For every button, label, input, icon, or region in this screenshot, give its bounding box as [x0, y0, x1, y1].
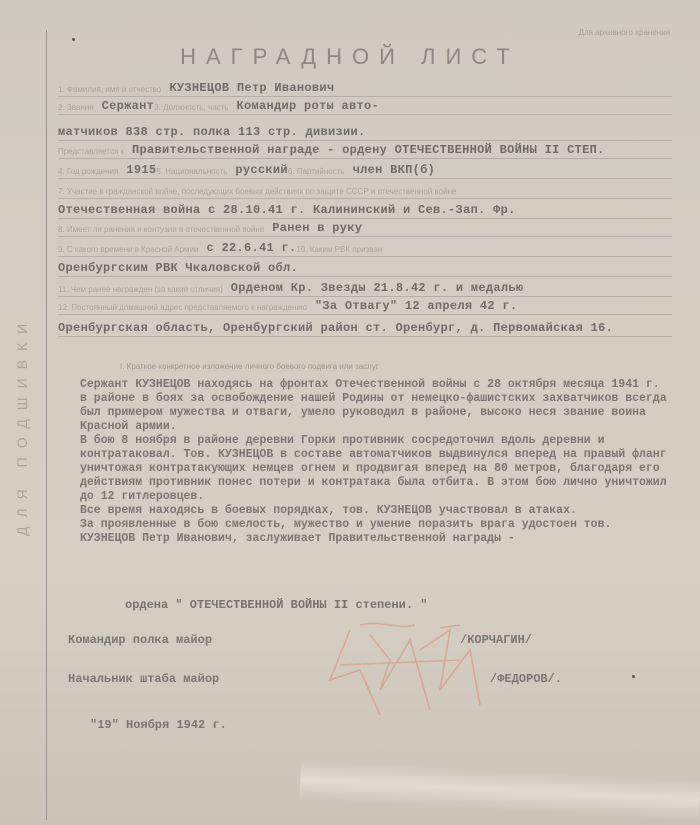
- field-label: 10. Каким РВК призван: [297, 245, 383, 256]
- field-label: 6. Партийность: [288, 167, 345, 178]
- form-field-row: 12. Постоянный домашний адрес представля…: [58, 296, 672, 315]
- handwritten-signature: [320, 620, 500, 720]
- field-value: Орденом Кр. Звезды 21.8.42 г. и медалью: [231, 281, 524, 296]
- citation-paragraph: Сержант КУЗНЕЦОВ находясь на фронтах Оте…: [80, 378, 670, 434]
- binding-margin-line: [46, 30, 47, 820]
- field-value: Отечественная война с 28.10.41 г. Калини…: [58, 203, 516, 218]
- form-field-row: 11. Чем ранее награжден (за какие отличи…: [58, 278, 672, 297]
- field-value: КУЗНЕЦОВ Петр Иванович: [169, 81, 334, 96]
- field-label: 9. С какого времени в Красной Армии: [58, 245, 199, 256]
- form-field-row: 9. С какого времени в Красной Армиис 22.…: [58, 238, 672, 257]
- field-value: Ранен в руку: [272, 221, 362, 236]
- form-field-row: 1. Фамилия, имя и отчествоКУЗНЕЦОВ Петр …: [58, 78, 672, 97]
- form-field-row: матчиков 838 стр. полка 113 стр. дивизии…: [58, 122, 672, 141]
- field-value: матчиков 838 стр. полка 113 стр. дивизии…: [58, 125, 366, 140]
- field-label: 3. Должность, часть: [154, 103, 228, 114]
- field-value: Оренбургским РВК Чкаловской обл.: [58, 261, 298, 276]
- field-value: Командир роты авто-: [236, 99, 379, 114]
- field-label: Представляется к: [58, 147, 124, 158]
- signer-2-role: Начальник штаба майор: [68, 672, 219, 686]
- award-sheet: ДЛЯ ПОДШИВКИ Для архивного хранения НАГР…: [0, 0, 700, 825]
- form-field-row: Представляется кПравительственной наград…: [58, 140, 672, 159]
- side-label: ДЛЯ ПОДШИВКИ: [14, 280, 44, 570]
- paper-fold: [299, 760, 700, 821]
- field-value: "За Отвагу" 12 апреля 42 г.: [315, 299, 518, 314]
- form-field-row: 2. ЗваниеСержант3. Должность, частьКоман…: [58, 96, 672, 115]
- field-value: с 22.6.41 г.: [207, 241, 297, 256]
- corner-note: Для архивного хранения: [579, 28, 670, 37]
- field-label: 5. Национальность: [156, 167, 227, 178]
- citation-paragraph: За проявленные в бою смелость, мужество …: [80, 518, 670, 546]
- signer-2-name: /ФЕДОРОВ/.: [490, 672, 562, 686]
- ink-speck: [72, 38, 75, 41]
- award-line: ордена " ОТЕЧЕСТВЕННОЙ ВОЙНЫ II степени.…: [125, 598, 427, 612]
- form-field-row: Отечественная война с 28.10.41 г. Калини…: [58, 200, 672, 219]
- field-value: Сержант: [102, 99, 155, 114]
- field-label: 2. Звание: [58, 103, 94, 114]
- field-value: член ВКП(б): [353, 163, 436, 178]
- field-value: русский: [235, 163, 288, 178]
- form-field-row: 7. Участие в гражданской войне, последую…: [58, 180, 672, 199]
- field-value: Правительственной награде - ордену ОТЕЧЕ…: [132, 143, 605, 158]
- citation-text: Сержант КУЗНЕЦОВ находясь на фронтах Оте…: [80, 378, 670, 546]
- field-label: 8. Имеет ли ранения и контузии в отечест…: [58, 225, 264, 236]
- field-label: 7. Участие в гражданской войне, последую…: [58, 187, 456, 198]
- citation-paragraph: Все время находясь в боевых порядках, то…: [80, 504, 670, 518]
- document-title: НАГРАДНОЙ ЛИСТ: [0, 44, 700, 70]
- form-field-row: 8. Имеет ли ранения и контузии в отечест…: [58, 218, 672, 237]
- citation-paragraph: В бою 8 ноября в районе деревни Горки пр…: [80, 434, 670, 504]
- field-label: 11. Чем ранее награжден (за какие отличи…: [58, 285, 223, 296]
- form-field-row: 4. Год рождения19155. Национальностьрусс…: [58, 160, 672, 179]
- field-label: 4. Год рождения: [58, 167, 118, 178]
- field-value: Оренбургская область, Оренбургский район…: [58, 321, 613, 336]
- field-value: 1915: [126, 163, 156, 178]
- form-field-row: Оренбургским РВК Чкаловской обл.: [58, 258, 672, 277]
- field-label: 12. Постоянный домашний адрес представля…: [58, 303, 307, 314]
- signer-1-role: Командир полка майор: [68, 633, 212, 647]
- ink-speck: [632, 675, 635, 678]
- document-date: "19" Ноября 1942 г.: [90, 718, 227, 732]
- field-label: 1. Фамилия, имя и отчество: [58, 85, 161, 96]
- section-heading: I. Краткое конкретное изложение личного …: [120, 362, 379, 371]
- form-field-row: Оренбургская область, Оренбургский район…: [58, 318, 672, 337]
